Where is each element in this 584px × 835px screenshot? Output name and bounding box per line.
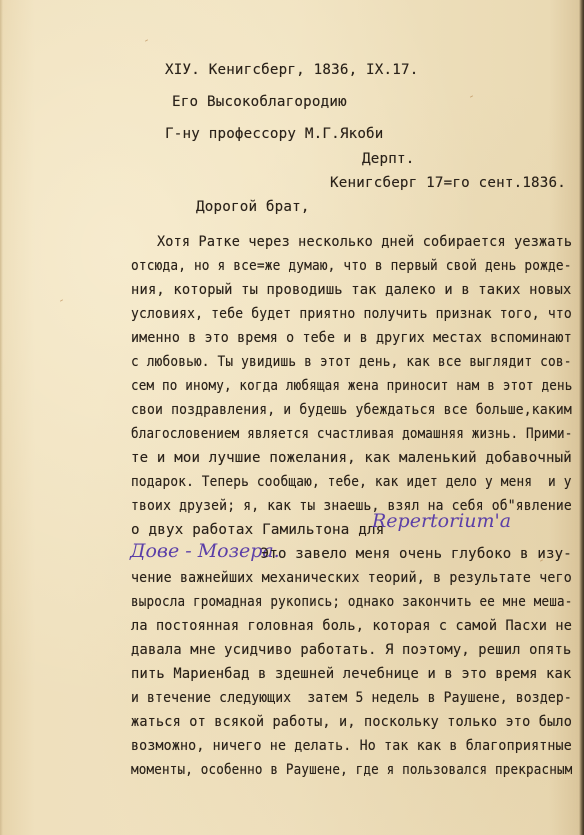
body-line: и втечение следующих затем 5 недель в Ра… — [131, 690, 572, 706]
body-line: Хотя Ратке через несколько дней собирает… — [157, 234, 572, 250]
paper-speck — [145, 39, 148, 41]
address-line-2: Г-ну профессору М.Г.Якоби — [165, 126, 384, 142]
destination-place: Дерпт. — [362, 151, 414, 167]
body-line: отсюда, но я все=же думаю, что в первый … — [131, 258, 572, 274]
body-line: жаться от всякой работы, и, поскольку то… — [131, 714, 572, 730]
handwritten-repertorium: Repertorium'a — [372, 510, 511, 532]
body-line: свои поздравления, и будешь убеждаться в… — [131, 402, 572, 418]
body-line: ния, который ты проводишь так далеко и в… — [131, 282, 571, 298]
reference-line: XIУ. Кенигсберг, 1836, IX.17. — [165, 62, 419, 78]
body-line: выросла громадная рукопись; однако закон… — [131, 594, 572, 610]
body-line: сем по иному, когда любящая жена приноси… — [131, 378, 572, 394]
body-line: возможно, ничего не делать. Но так как в… — [131, 738, 572, 754]
address-line-1: Его Высокоблагородию — [172, 94, 347, 110]
paper-speck — [470, 95, 473, 97]
body-line: пить Мариенбад в здешней лечебнице и в э… — [131, 666, 571, 682]
body-line: подарок. Теперь сообщаю, тебе, как идет … — [131, 474, 572, 490]
body-line: с любовью. Ты увидишь в этот день, как в… — [131, 354, 572, 370]
body-line: давала мне усидчиво работать. Я поэтому,… — [131, 642, 571, 658]
body-line: ла постоянная головная боль, которая с с… — [131, 618, 572, 634]
salutation: Дорогой брат, — [196, 199, 310, 215]
body-line: Это завело меня очень глубоко в изу- — [131, 546, 572, 562]
body-line: благословением является счастливая домаш… — [131, 426, 572, 442]
body-line: те и мои лучшие пожелания, как маленький… — [131, 450, 572, 466]
body-line: моменты, особенно в Раушене, где я польз… — [131, 762, 572, 778]
paper-speck — [60, 299, 63, 301]
date-line: Кенигсберг 17=го сент.1836. — [330, 175, 566, 191]
body-line: именно в это время о тебе и в других мес… — [131, 330, 572, 346]
archival-letter-page: XIУ. Кенигсберг, 1836, IX.17. Его Высоко… — [0, 0, 584, 835]
body-line: чение важнейших механических теорий, в р… — [131, 570, 572, 586]
body-line: о двух работах Гамильтона для — [131, 522, 385, 538]
paper-left-edge — [0, 0, 3, 835]
body-line: условиях, тебе будет приятно получить пр… — [131, 306, 572, 322]
paper-right-edge — [579, 0, 584, 835]
